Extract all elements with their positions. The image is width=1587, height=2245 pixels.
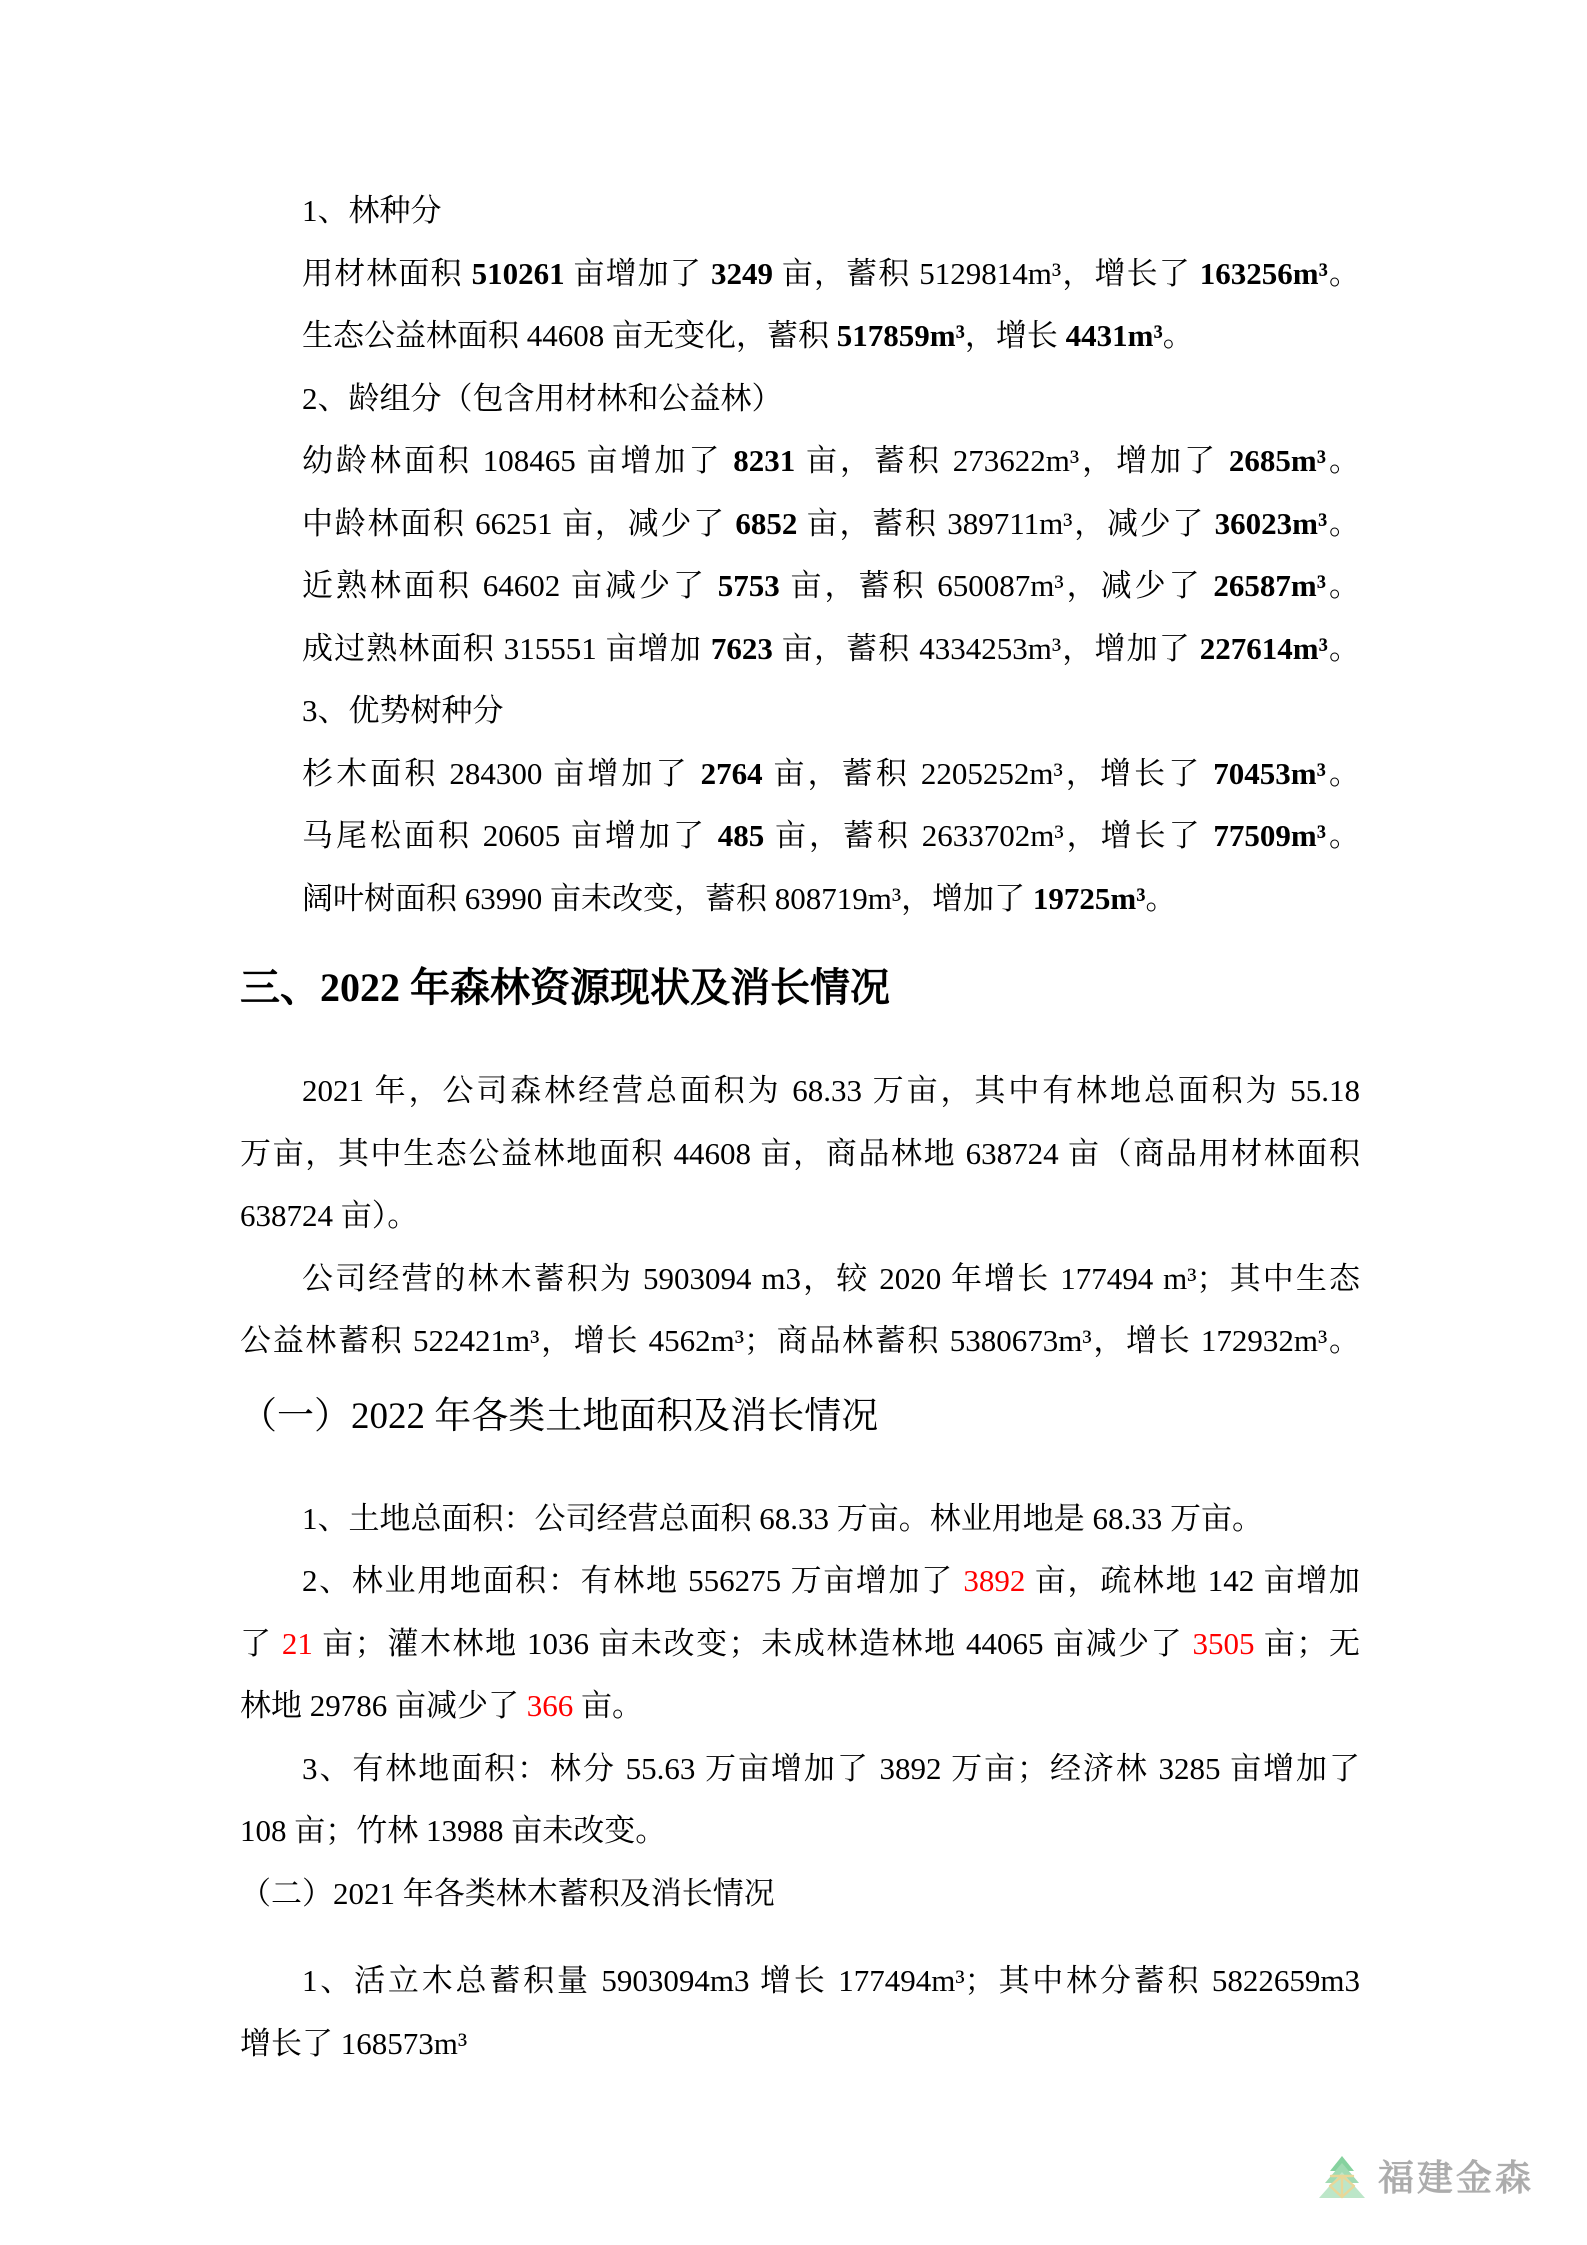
text-run: 公益林蓄积 522421m³，增长 4562m³；商品林蓄积 5380673m³… <box>240 1323 1360 1358</box>
text-run: 公司经营的林木蓄积为 5903094 m3，较 2020 年增长 177494 … <box>302 1261 1360 1296</box>
document-line: 公司经营的林木蓄积为 5903094 m3，较 2020 年增长 177494 … <box>240 1248 1360 1311</box>
text-run: 36023m³ <box>1215 506 1328 541</box>
document-line: 1、林种分 <box>240 180 1360 243</box>
document-line: 林地 29786 亩减少了 366 亩。 <box>240 1675 1360 1738</box>
heading-line: 三、2022 年森林资源现状及消长情况 <box>240 930 1360 1060</box>
document-line: 马尾松面积 20605 亩增加了 485 亩，蓄积 2633702m³，增长了 … <box>240 805 1360 868</box>
text-run: 三、2022 年森林资源现状及消长情况 <box>240 965 890 1010</box>
text-run: 杉木面积 284300 亩增加了 <box>302 756 701 791</box>
text-run: 万亩，其中生态公益林地面积 44608 亩，商品林地 638724 亩（商品用材… <box>240 1136 1360 1171</box>
pine-tree-icon <box>1316 2155 1368 2201</box>
text-run: 5753 <box>718 568 780 603</box>
text-run: 4431m³ <box>1066 318 1163 353</box>
text-run: 亩；无 <box>1255 1626 1360 1661</box>
text-run: 3505 <box>1193 1626 1255 1661</box>
document-line: 3、优势树种分 <box>240 680 1360 743</box>
text-run: 用材林面积 <box>302 256 472 291</box>
text-run: ，增长 <box>965 318 1066 353</box>
text-run: 亩，蓄积 4334253m³，增加了 <box>773 631 1200 666</box>
document-line: 3、有林地面积：林分 55.63 万亩增加了 3892 万亩；经济林 3285 … <box>240 1738 1360 1801</box>
text-run: 。 <box>1326 818 1360 853</box>
text-run: 6852 <box>735 506 797 541</box>
document-line: 生态公益林面积 44608 亩无变化，蓄积 517859m³，增长 4431m³… <box>240 305 1360 368</box>
text-run: 1、活立木总蓄积量 5903094m3 增长 177494m³；其中林分蓄积 5… <box>302 1963 1360 1998</box>
text-run: 70453m³ <box>1213 756 1326 791</box>
text-run: 近熟林面积 64602 亩减少了 <box>302 568 718 603</box>
text-run: 了 <box>240 1626 282 1661</box>
text-run: 163256m³ <box>1200 256 1328 291</box>
text-run: 林地 29786 亩减少了 <box>240 1688 527 1723</box>
text-run: 亩，蓄积 5129814m³，增长了 <box>773 256 1200 291</box>
text-run: 21 <box>282 1626 313 1661</box>
document-line: 2、龄组分（包含用材林和公益林） <box>240 368 1360 431</box>
text-run: 8231 <box>733 443 795 478</box>
text-run: 马尾松面积 20605 亩增加了 <box>302 818 718 853</box>
document-line: 杉木面积 284300 亩增加了 2764 亩，蓄积 2205252m³，增长了… <box>240 743 1360 806</box>
text-run: 3、优势树种分 <box>302 693 504 728</box>
text-run: 。 <box>1328 631 1360 666</box>
document-line: 万亩，其中生态公益林地面积 44608 亩，商品林地 638724 亩（商品用材… <box>240 1123 1360 1186</box>
document-line: 幼龄林面积 108465 亩增加了 8231 亩，蓄积 273622m³，增加了… <box>240 430 1360 493</box>
logo-text: 福建金森 <box>1378 2155 1534 2201</box>
text-run: 2685m³ <box>1229 443 1326 478</box>
text-run: （二）2021 年各类林木蓄积及消长情况 <box>240 1876 775 1911</box>
text-run: 亩，蓄积 389711m³，减少了 <box>797 506 1214 541</box>
text-run: 亩，蓄积 650087m³，减少了 <box>780 568 1214 603</box>
document-line: 1、活立木总蓄积量 5903094m3 增长 177494m³；其中林分蓄积 5… <box>240 1950 1360 2013</box>
text-run: 增长了 168573m³ <box>240 2026 467 2061</box>
text-run: 。 <box>1326 756 1360 791</box>
document-line: 了 21 亩；灌木林地 1036 亩未改变；未成林造林地 44065 亩减少了 … <box>240 1613 1360 1676</box>
text-run: 亩，蓄积 273622m³，增加了 <box>795 443 1229 478</box>
text-run: 。 <box>1328 256 1360 291</box>
text-run: 7623 <box>711 631 773 666</box>
document-line: 1、土地总面积：公司经营总面积 68.33 万亩。林业用地是 68.33 万亩。 <box>240 1488 1360 1551</box>
text-run: 366 <box>527 1688 574 1723</box>
heading-line: （一）2022 年各类土地面积及消长情况 <box>240 1373 1360 1488</box>
company-logo: 福建金森 <box>1316 2155 1534 2201</box>
document-line: 2021 年，公司森林经营总面积为 68.33 万亩，其中有林地总面积为 55.… <box>240 1060 1360 1123</box>
text-run: 26587m³ <box>1213 568 1326 603</box>
text-run: 亩，蓄积 2633702m³，增长了 <box>764 818 1213 853</box>
text-run: 生态公益林面积 44608 亩无变化，蓄积 <box>302 318 837 353</box>
text-run: 。 <box>1326 568 1360 603</box>
text-run: 成过熟林面积 315551 亩增加 <box>302 631 711 666</box>
text-run: 中龄林面积 66251 亩，减少了 <box>302 506 735 541</box>
text-run: 。 <box>1163 318 1194 353</box>
document-line: 阔叶树面积 63990 亩未改变，蓄积 808719m³，增加了 19725m³… <box>240 868 1360 931</box>
text-run: 亩。 <box>573 1688 643 1723</box>
document-line: 108 亩；竹林 13988 亩未改变。 <box>240 1800 1360 1863</box>
document-body: 1、林种分用材林面积 510261 亩增加了 3249 亩，蓄积 5129814… <box>240 180 1360 2075</box>
document-line: 用材林面积 510261 亩增加了 3249 亩，蓄积 5129814m³，增长… <box>240 243 1360 306</box>
text-run: 亩；灌木林地 1036 亩未改变；未成林造林地 44065 亩减少了 <box>313 1626 1193 1661</box>
text-run: 2764 <box>701 756 763 791</box>
text-run: 1、林种分 <box>302 193 442 228</box>
text-run: 510261 <box>472 256 565 291</box>
document-line: 中龄林面积 66251 亩，减少了 6852 亩，蓄积 389711m³，减少了… <box>240 493 1360 556</box>
text-run: 638724 亩）。 <box>240 1198 418 1233</box>
text-run: 1、土地总面积：公司经营总面积 68.33 万亩。林业用地是 68.33 万亩。 <box>302 1501 1263 1536</box>
document-line: 近熟林面积 64602 亩减少了 5753 亩，蓄积 650087m³，减少了 … <box>240 555 1360 618</box>
document-line: 公益林蓄积 522421m³，增长 4562m³；商品林蓄积 5380673m³… <box>240 1310 1360 1373</box>
text-run: 亩，蓄积 2205252m³，增长了 <box>763 756 1214 791</box>
text-run: 19725m³ <box>1033 881 1146 916</box>
text-run: 2021 年，公司森林经营总面积为 68.33 万亩，其中有林地总面积为 55.… <box>302 1073 1360 1108</box>
text-run: 。 <box>1327 506 1360 541</box>
document-line: 成过熟林面积 315551 亩增加 7623 亩，蓄积 4334253m³，增加… <box>240 618 1360 681</box>
text-run: 3249 <box>711 256 773 291</box>
text-run: 亩增加了 <box>565 256 711 291</box>
text-run: 。 <box>1326 443 1360 478</box>
text-run: 227614m³ <box>1200 631 1328 666</box>
text-run: 亩，疏林地 142 亩增加 <box>1025 1563 1360 1598</box>
document-line: 2、林业用地面积：有林地 556275 万亩增加了 3892 亩，疏林地 142… <box>240 1550 1360 1613</box>
text-run: 485 <box>718 818 765 853</box>
text-run: （一）2022 年各类土地面积及消长情况 <box>240 1396 878 1437</box>
text-run: 3、有林地面积：林分 55.63 万亩增加了 3892 万亩；经济林 3285 … <box>302 1751 1360 1786</box>
text-run: 3892 <box>963 1563 1025 1598</box>
document-line: 638724 亩）。 <box>240 1185 1360 1248</box>
text-run: 阔叶树面积 63990 亩未改变，蓄积 808719m³，增加了 <box>302 881 1033 916</box>
text-run: 2、龄组分（包含用材林和公益林） <box>302 381 783 416</box>
text-run: 108 亩；竹林 13988 亩未改变。 <box>240 1813 666 1848</box>
heading-line: （二）2021 年各类林木蓄积及消长情况 <box>240 1863 1360 1926</box>
page: 1、林种分用材林面积 510261 亩增加了 3249 亩，蓄积 5129814… <box>0 0 1587 2245</box>
text-run: 517859m³ <box>837 318 965 353</box>
text-run: 。 <box>1146 881 1177 916</box>
text-run: 幼龄林面积 108465 亩增加了 <box>302 443 733 478</box>
text-run: 2、林业用地面积：有林地 556275 万亩增加了 <box>302 1563 963 1598</box>
document-line: 增长了 168573m³ <box>240 2013 1360 2076</box>
text-run: 77509m³ <box>1213 818 1326 853</box>
